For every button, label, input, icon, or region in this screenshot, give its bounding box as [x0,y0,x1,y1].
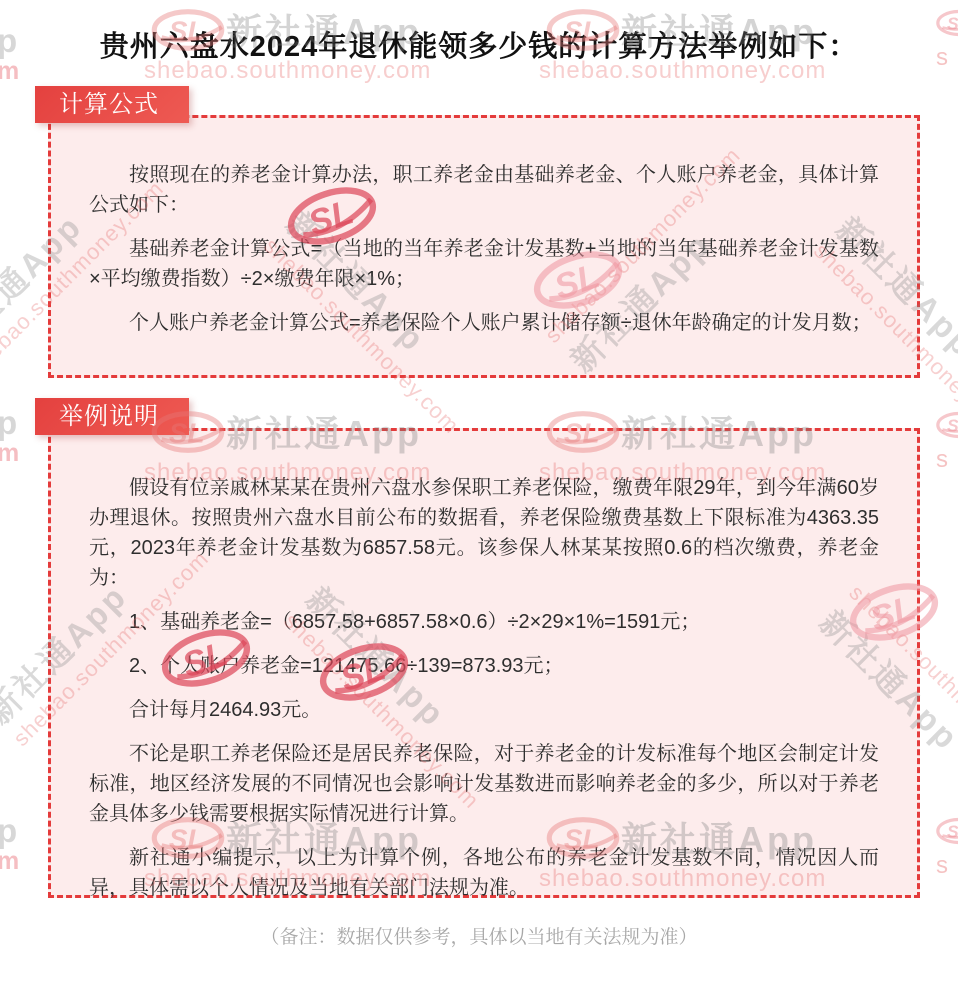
paragraph: 1、基础养老金=（6857.58+6857.58×0.6）÷2×29×1%=15… [89,607,879,637]
paragraph: 按照现在的养老金计算办法，职工养老金由基础养老金、个人账户养老金，具体计算公式如… [89,160,879,220]
paragraph: 新社通小编提示，以上为计算个例，各地公布的养老金计发基数不同，情况因人而异，具体… [89,843,879,903]
watermark-edge-right: s [936,814,958,880]
paragraph: 不论是职工养老保险还是居民养老保险，对于养老金的计发标准每个地区会制定计发标准，… [89,739,879,829]
paragraph: 个人账户养老金计算公式=养老保险个人账户累计储存额÷退休年龄确定的计发月数； [89,308,879,338]
watermark-edge-left: p m [0,814,19,874]
paragraph: 假设有位亲戚林某某在贵州六盘水参保职工养老保险，缴费年限29年，到今年满60岁办… [89,473,879,593]
watermark-edge-right: s [936,408,958,474]
page-title: 贵州六盘水2024年退休能领多少钱的计算方法举例如下： [0,24,958,65]
sl-logo-icon [936,408,958,442]
watermark-letter: p [0,814,19,847]
paragraph: 2、个人账户养老金=121475.66÷139=873.93元； [89,651,879,681]
watermark-letter: m [0,441,19,466]
paragraph: 基础养老金计算公式=（当地的当年养老金计发基数+当地的当年基础养老金计发基数×平… [89,234,879,294]
sl-logo-icon [936,814,958,848]
watermark-letter: s [936,446,958,474]
section-label-example: 举例说明 [35,398,189,435]
footer-note: （备注：数据仅供参考，具体以当地有关法规为准） [0,922,958,949]
example-box: 假设有位亲戚林某某在贵州六盘水参保职工养老保险，缴费年限29年，到今年满60岁办… [48,428,920,898]
watermark-letter: p [0,406,19,439]
watermark-edge-left: p m [0,406,19,466]
watermark-letter: m [0,849,19,874]
formula-box: 按照现在的养老金计算办法，职工养老金由基础养老金、个人账户养老金，具体计算公式如… [48,115,920,378]
watermark-letter: s [936,852,958,880]
section-label-formula: 计算公式 [35,86,189,123]
paragraph: 合计每月2464.93元。 [89,695,879,725]
